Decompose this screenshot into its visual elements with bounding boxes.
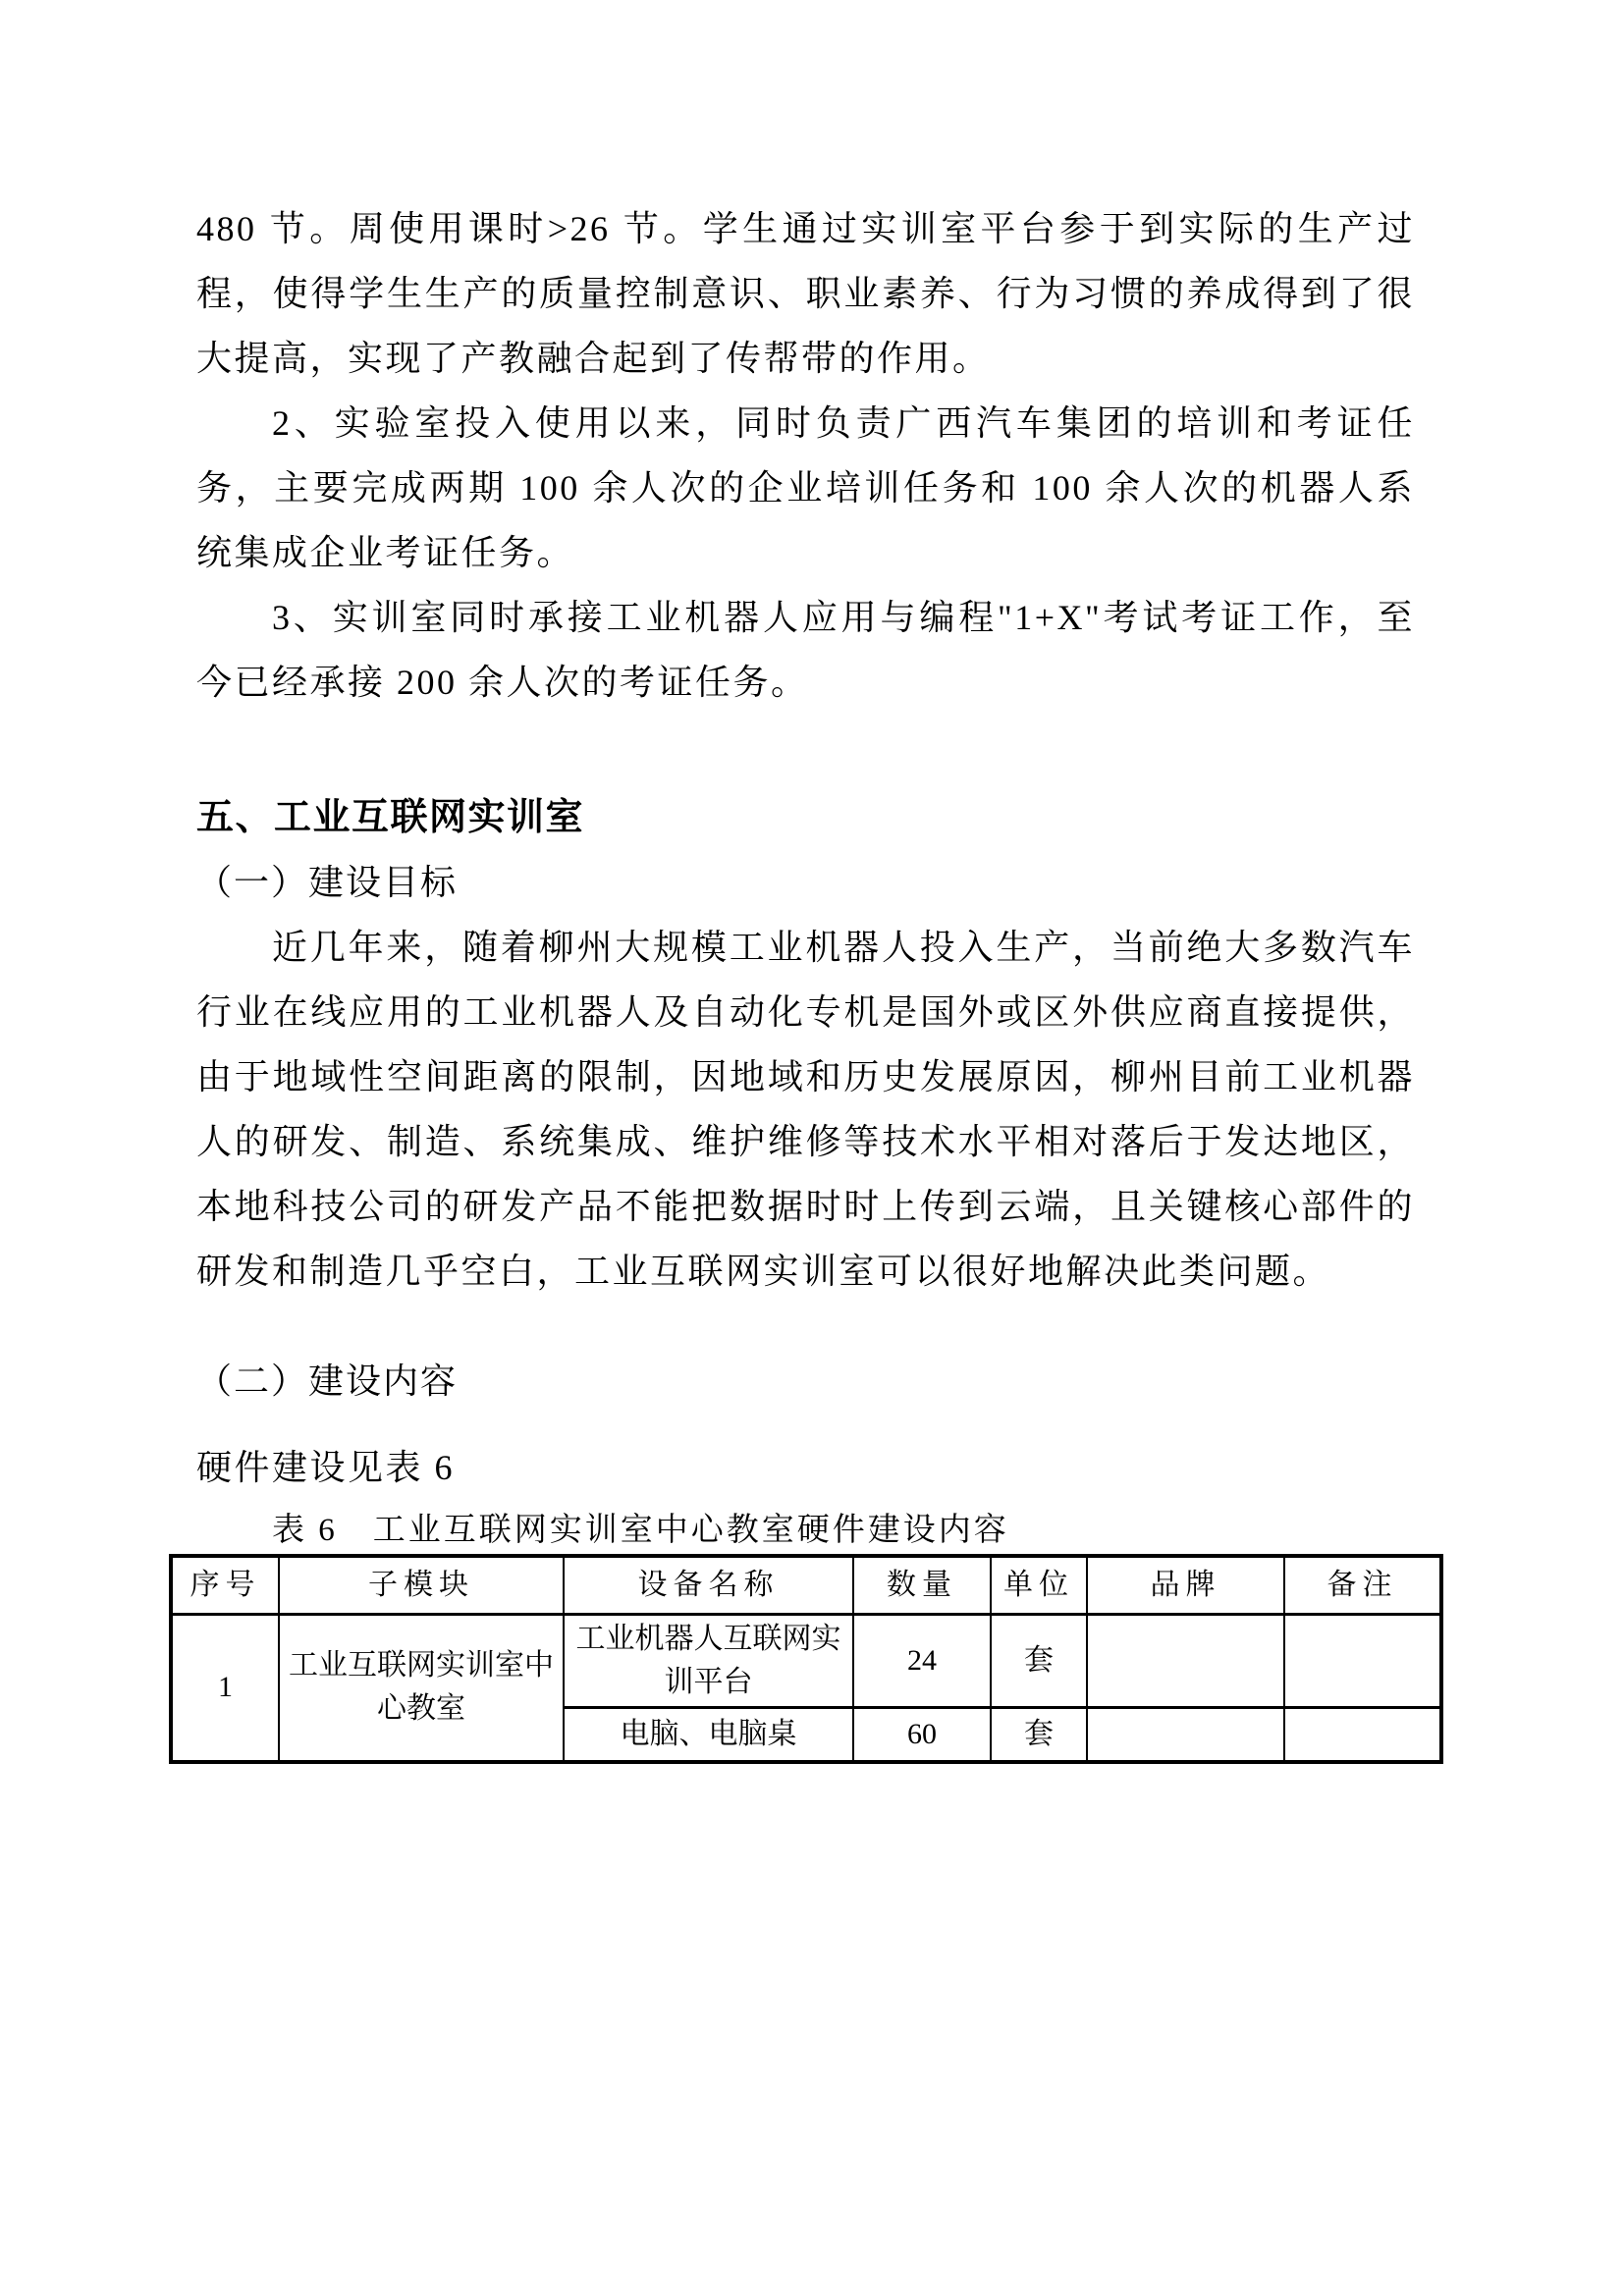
cell-brand	[1087, 1708, 1284, 1762]
cell-unit: 套	[991, 1615, 1087, 1708]
section-heading: 五、工业互联网实训室	[196, 785, 1415, 850]
header-brand: 品牌	[1087, 1556, 1284, 1615]
cell-unit: 套	[991, 1708, 1087, 1762]
header-index: 序号	[171, 1556, 279, 1615]
paragraph-item-2: 2、实验室投入使用以来，同时负责广西汽车集团的培训和考证任务，主要完成两期 10…	[196, 391, 1415, 585]
cell-device: 工业机器人互联网实训平台	[564, 1615, 853, 1708]
subsection-heading-2: （二）建设内容	[196, 1349, 1415, 1414]
paragraph-build-target: 近几年来，随着柳州大规模工业机器人投入生产，当前绝大多数汽车行业在线应用的工业机…	[196, 915, 1415, 1304]
cell-note	[1284, 1708, 1441, 1762]
table-caption: 表 6 工业互联网实训室中心教室硬件建设内容	[272, 1500, 1415, 1561]
cell-brand	[1087, 1615, 1284, 1708]
cell-quantity: 24	[853, 1615, 991, 1708]
hardware-table: 序号 子模块 设备名称 数量 单位 品牌 备注 1 工业互联网实训室中心教室 工…	[169, 1554, 1443, 1764]
document-page: 480 节。周使用课时>26 节。学生通过实训室平台参于到实际的生产过程，使得学…	[0, 0, 1624, 2296]
header-unit: 单位	[991, 1556, 1087, 1615]
cell-quantity: 60	[853, 1708, 991, 1762]
header-quantity: 数量	[853, 1556, 991, 1615]
cell-index: 1	[171, 1615, 279, 1762]
header-device: 设备名称	[564, 1556, 853, 1615]
body-text-column: 480 节。周使用课时>26 节。学生通过实训室平台参于到实际的生产过程，使得学…	[196, 196, 1415, 1561]
header-module: 子模块	[279, 1556, 564, 1615]
cell-device: 电脑、电脑桌	[564, 1708, 853, 1762]
table-header-row: 序号 子模块 设备名称 数量 单位 品牌 备注	[171, 1556, 1441, 1615]
header-note: 备注	[1284, 1556, 1441, 1615]
paragraph-continuation: 480 节。周使用课时>26 节。学生通过实训室平台参于到实际的生产过程，使得学…	[196, 196, 1415, 391]
paragraph-item-3: 3、实训室同时承接工业机器人应用与编程"1+X"考试考证工作，至今已经承接 20…	[196, 585, 1415, 715]
cell-note	[1284, 1615, 1441, 1708]
table-note: 硬件建设见表 6	[196, 1435, 1415, 1500]
subsection-heading-1: （一）建设目标	[196, 850, 1415, 915]
table-row: 1 工业互联网实训室中心教室 工业机器人互联网实训平台 24 套	[171, 1615, 1441, 1708]
cell-module: 工业互联网实训室中心教室	[279, 1615, 564, 1762]
